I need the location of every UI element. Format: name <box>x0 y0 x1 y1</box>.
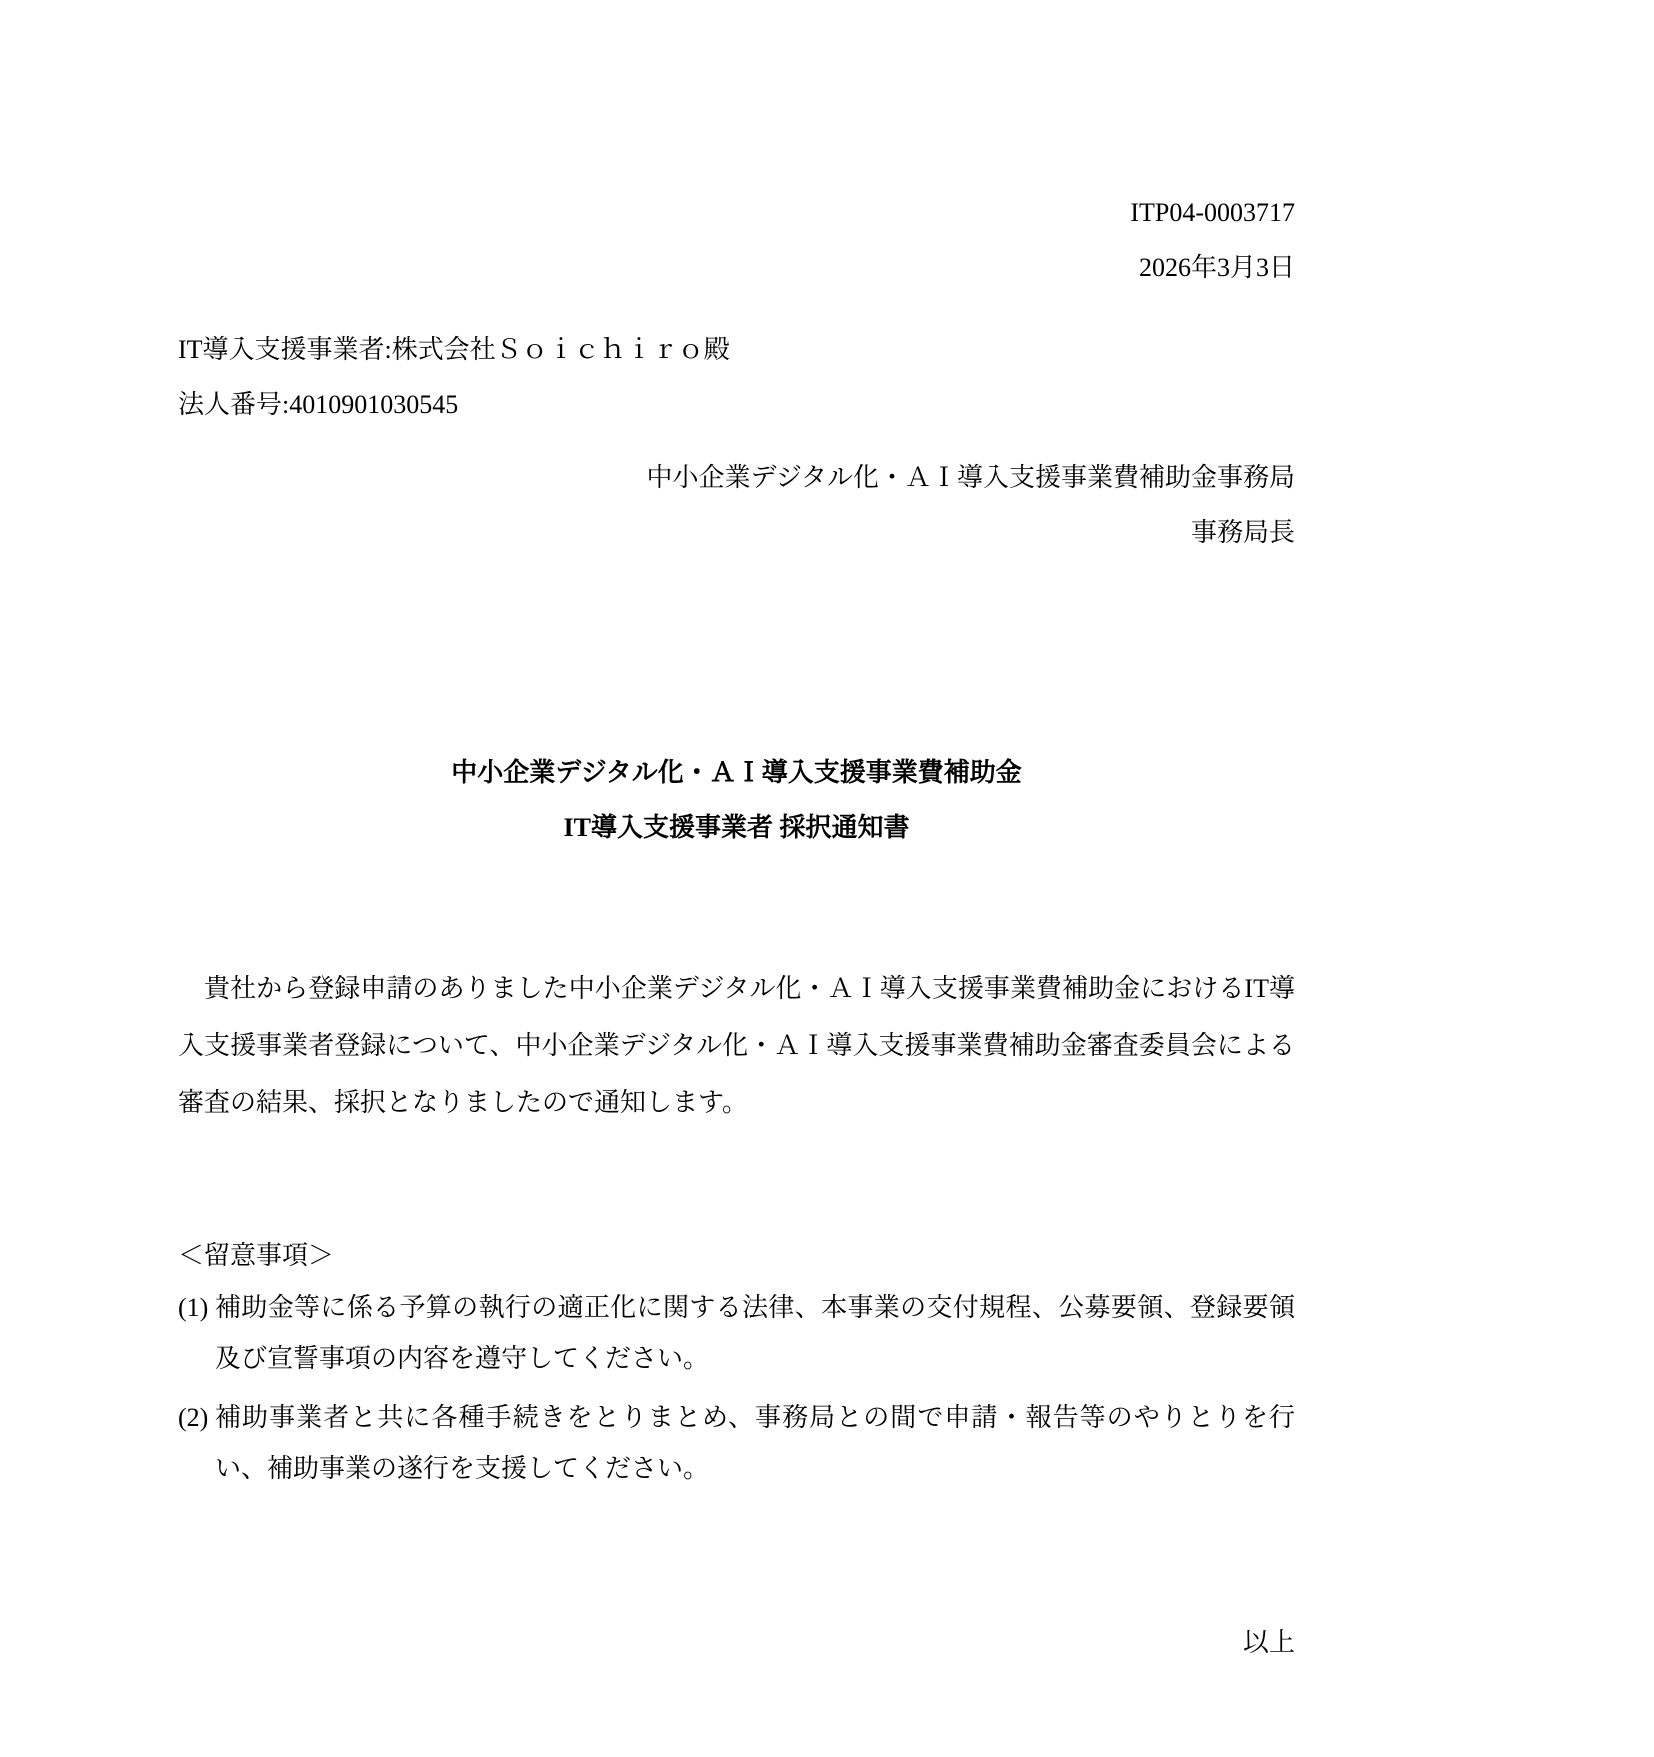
note-text: 補助事業者と共に各種手続きをとりまとめ、事務局との間で申請・報告等のやりとりを行… <box>215 1392 1295 1494</box>
closing-word: 以上 <box>178 1615 1295 1670</box>
document-title-line2: IT導入支援事業者 採択通知書 <box>178 800 1295 855</box>
sender-title-line: 事務局長 <box>178 505 1295 560</box>
notes-list: (1) 補助金等に係る予算の執行の適正化に関する法律、本事業の交付規程、公募要領… <box>178 1282 1295 1502</box>
sender-org-line: 中小企業デジタル化・ＡＩ導入支援事業費補助金事務局 <box>178 450 1295 505</box>
notification-letter-page: ITP04-0003717 2026年3月3日 IT導入支援事業者:株式会社Ｓｏ… <box>0 0 1654 1757</box>
note-text: 補助金等に係る予算の執行の適正化に関する法律、本事業の交付規程、公募要領、登録要… <box>215 1282 1295 1384</box>
notes-heading: ＜留意事項＞ <box>178 1228 1295 1283</box>
body-paragraph: 貴社から登録申請のありました中小企業デジタル化・ＡＩ導入支援事業費補助金における… <box>178 960 1295 1131</box>
note-number: (1) <box>178 1282 215 1384</box>
sender-block: 中小企業デジタル化・ＡＩ導入支援事業費補助金事務局 事務局長 <box>178 450 1295 560</box>
note-number: (2) <box>178 1392 215 1494</box>
document-meta: ITP04-0003717 2026年3月3日 <box>178 185 1295 295</box>
recipient-block: IT導入支援事業者:株式会社Ｓｏｉｃｈｉｒｏ殿 法人番号:40109010305… <box>178 322 1295 432</box>
recipient-line: IT導入支援事業者:株式会社Ｓｏｉｃｈｉｒｏ殿 <box>178 322 1295 377</box>
list-item: (2) 補助事業者と共に各種手続きをとりまとめ、事務局との間で申請・報告等のやり… <box>178 1392 1295 1494</box>
document-number: ITP04-0003717 <box>178 185 1295 240</box>
corporate-number-line: 法人番号:4010901030545 <box>178 377 1295 432</box>
issue-date: 2026年3月3日 <box>178 240 1295 295</box>
document-title: 中小企業デジタル化・ＡＩ導入支援事業費補助金 IT導入支援事業者 採択通知書 <box>178 745 1295 855</box>
document-title-line1: 中小企業デジタル化・ＡＩ導入支援事業費補助金 <box>178 745 1295 800</box>
list-item: (1) 補助金等に係る予算の執行の適正化に関する法律、本事業の交付規程、公募要領… <box>178 1282 1295 1384</box>
